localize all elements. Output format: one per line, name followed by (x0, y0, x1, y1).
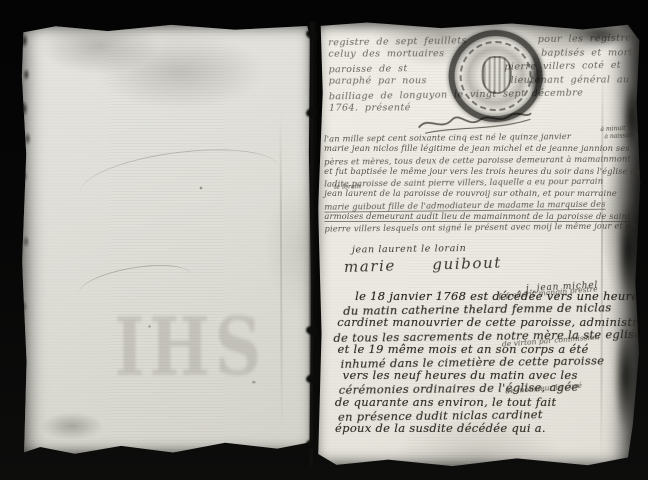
binding-stitch (305, 373, 319, 384)
signature-jean-laurent: jean laurent le lorain (352, 243, 466, 256)
right-manuscript-page: registre de sept feuillets pour les regi… (317, 21, 641, 468)
torn-edge-fibers (20, 27, 37, 357)
manuscript-line: époux de la susdite décédée qui a. (335, 422, 630, 435)
left-blank-page: IHS (21, 23, 312, 456)
marginal-note: le lorain (334, 182, 361, 191)
binding-gutter (309, 22, 317, 466)
edge-damage (618, 200, 638, 300)
binding-stitch (305, 107, 319, 119)
paper-watermark: IHS (114, 300, 266, 394)
binding-stitch (305, 439, 319, 451)
stamp-wreath-shading (528, 50, 544, 102)
official-stamp-seal (448, 30, 542, 122)
edge-damage (566, 22, 636, 46)
edge-damage (623, 81, 639, 156)
edge-damage (614, 318, 636, 433)
archival-register-photo: IHS registre de sept feuillets pour les … (0, 0, 648, 480)
burial-entry: le 18 janvier 1768 est décédée vers une … (327, 289, 630, 436)
baptism-entry: l'an mille sept cent soixante cinq est n… (324, 131, 639, 234)
signature-marie-guibout: marie guibout (344, 254, 502, 276)
paper-scratch (77, 140, 282, 221)
paper-crease (279, 111, 282, 431)
manuscript-line: pierre villers lesquels ont signé le pré… (324, 221, 638, 236)
